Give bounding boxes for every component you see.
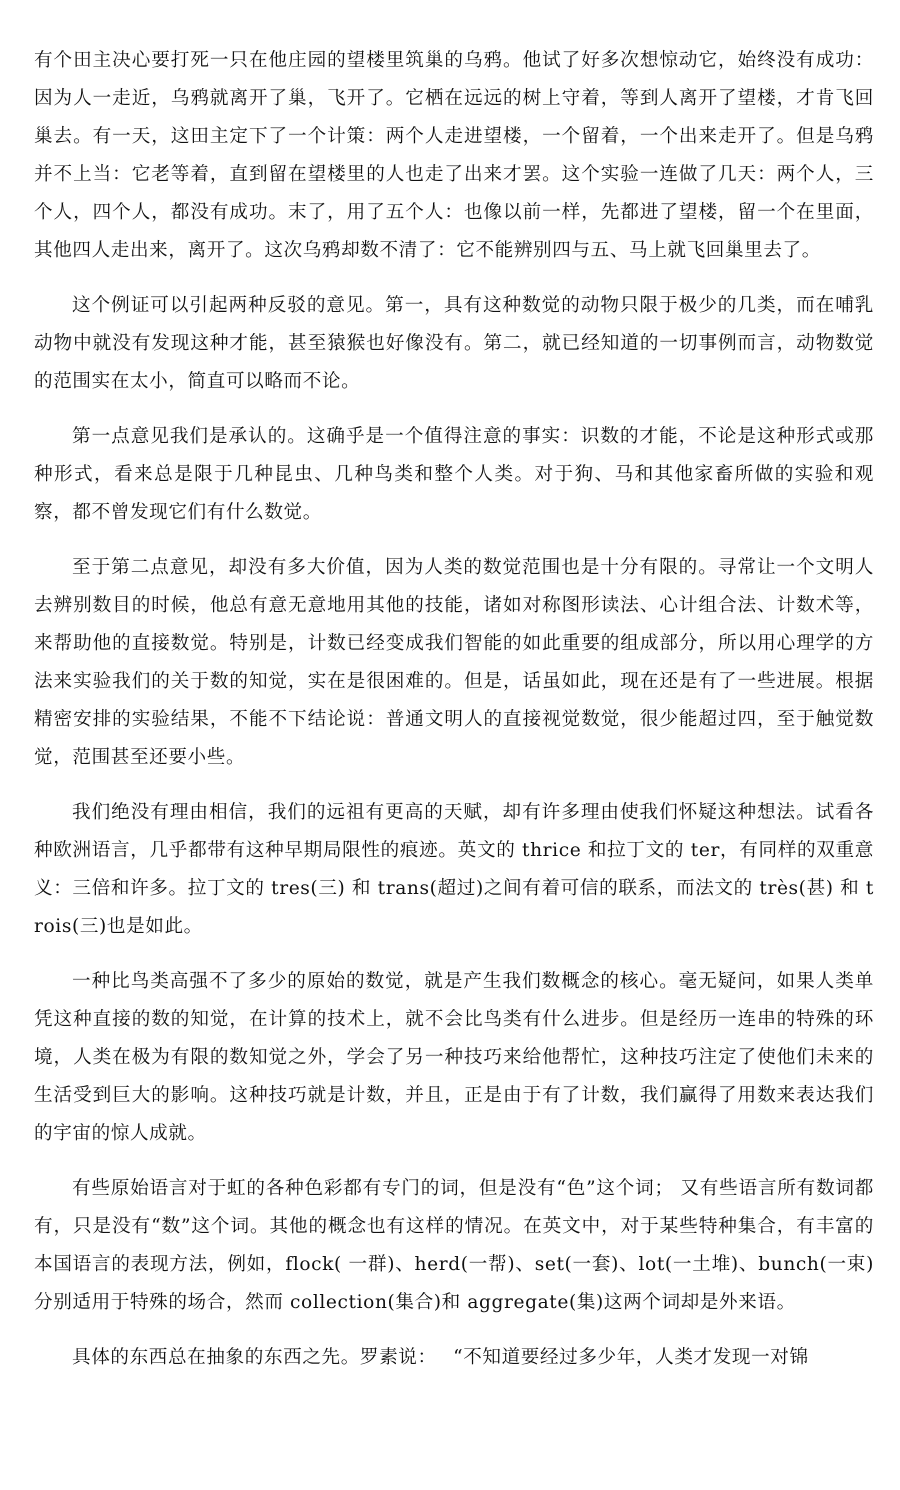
paragraph-counting-origin: 一种比鸟类高强不了多少的原始的数觉，就是产生我们数概念的核心。毫无疑问，如果人类… (34, 963, 874, 1153)
document-page: 有个田主决心要打死一只在他庄园的望楼里筑巢的乌鸦。他试了好多次想惊动它，始终没有… (34, 42, 874, 1394)
paragraph-crow-experiment: 有个田主决心要打死一只在他庄园的望楼里筑巢的乌鸦。他试了好多次想惊动它，始终没有… (34, 42, 874, 270)
paragraph-second-objection: 至于第二点意见，却没有多大价值，因为人类的数觉范围也是十分有限的。寻常让一个文明… (34, 549, 874, 777)
paragraph-first-objection: 第一点意见我们是承认的。这确乎是一个值得注意的事实：识数的才能，不论是这种形式或… (34, 418, 874, 532)
paragraph-european-languages: 我们绝没有理由相信，我们的远祖有更高的天赋，却有许多理由使我们怀疑这种想法。试看… (34, 794, 874, 946)
paragraph-russell-quote: 具体的东西总在抽象的东西之先。罗素说： “不知道要经过多少年，人类才发现一对锦 (34, 1339, 874, 1377)
paragraph-objections: 这个例证可以引起两种反驳的意见。第一，具有这种数觉的动物只限于极少的几类，而在哺… (34, 287, 874, 401)
paragraph-primitive-languages: 有些原始语言对于虹的各种色彩都有专门的词，但是没有“色”这个词； 又有些语言所有… (34, 1170, 874, 1322)
